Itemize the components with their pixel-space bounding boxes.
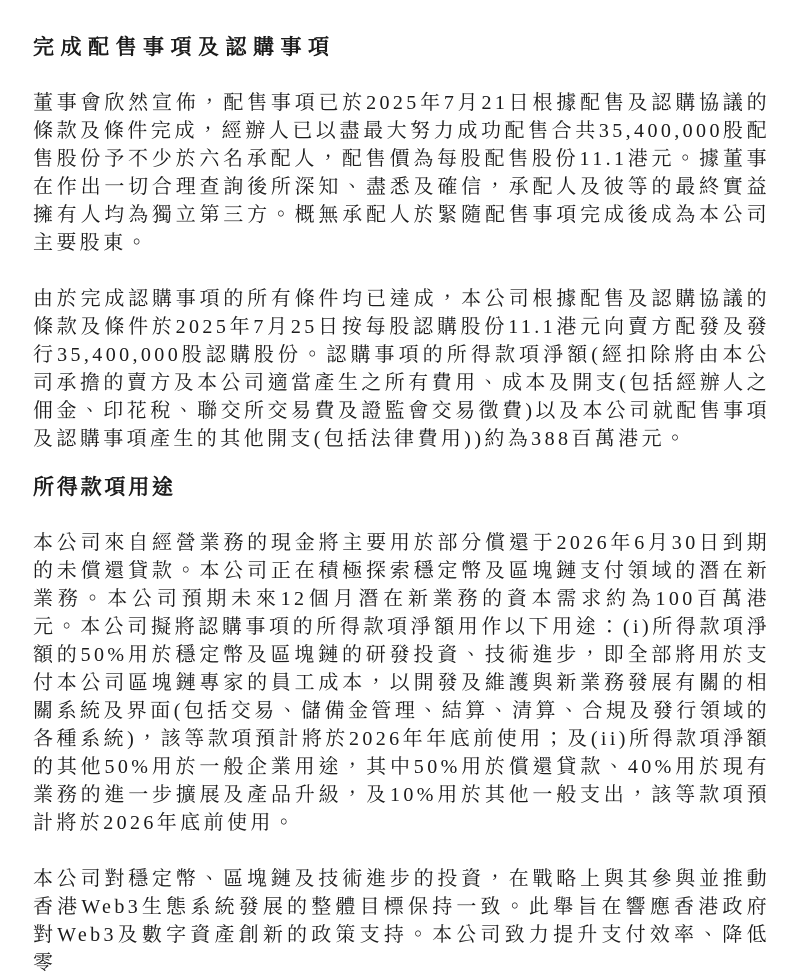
section-heading-use-of-proceeds: 所得款項用途	[33, 473, 770, 501]
section-heading-completion: 完成配售事項及認購事項	[33, 33, 770, 61]
paragraph-use-of-proceeds: 本公司來自經營業務的現金將主要用於部分償還于2026年6月30日到期的未償還貸款…	[33, 529, 770, 837]
section-completion-of-placing-and-subscription: 完成配售事項及認購事項 董事會欣然宣佈，配售事項已於2025年7月21日根據配售…	[33, 33, 770, 453]
paragraph-web3-strategy: 本公司對穩定幣、區塊鏈及技術進步的投資，在戰略上與其參與並推動香港Web3生態系…	[33, 865, 770, 972]
announcement-page: 完成配售事項及認購事項 董事會欣然宣佈，配售事項已於2025年7月21日根據配售…	[0, 0, 804, 972]
paragraph-placing-completion: 董事會欣然宣佈，配售事項已於2025年7月21日根據配售及認購協議的條款及條件完…	[33, 89, 770, 257]
paragraph-subscription-completion: 由於完成認購事項的所有條件均已達成，本公司根據配售及認購協議的條款及條件於202…	[33, 285, 770, 453]
section-use-of-proceeds: 所得款項用途 本公司來自經營業務的現金將主要用於部分償還于2026年6月30日到…	[33, 473, 770, 972]
